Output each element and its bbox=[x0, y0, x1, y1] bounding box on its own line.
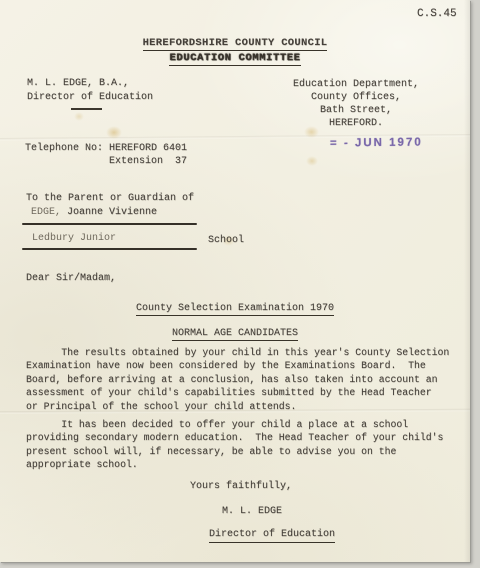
school-label: School bbox=[208, 235, 244, 247]
closing: Yours faithfully, bbox=[190, 481, 292, 493]
phone-number: Telephone No: HEREFORD 6401 bbox=[25, 143, 187, 155]
subheading: NORMAL AGE CANDIDATES bbox=[172, 328, 298, 341]
address-line-1: Education Department, bbox=[275, 78, 437, 91]
date-stamp: = - JUN 1970 bbox=[330, 137, 423, 150]
ref-code: C.S.45 bbox=[417, 8, 457, 20]
letter-scan: C.S.45 HEREFORDSHIRE COUNTY COUNCIL EDUC… bbox=[0, 0, 470, 562]
signature-name: M. L. EDGE bbox=[222, 506, 282, 518]
signature-title: Director of Education bbox=[209, 529, 335, 543]
scan-edge-shadow bbox=[464, 0, 470, 562]
paper-stain bbox=[106, 126, 122, 139]
sender-title: Director of Education bbox=[27, 92, 153, 104]
committee-name: EDUCATION COMMITTEE bbox=[169, 52, 300, 66]
recipient-surname: EDGE, bbox=[31, 207, 61, 218]
school-name-field: Ledbury Junior bbox=[32, 233, 116, 245]
paper-stain bbox=[306, 156, 318, 166]
recipient-given-names: Joanne Vivienne bbox=[61, 207, 157, 218]
body-paragraph-1: The results obtained by your child in th… bbox=[26, 346, 449, 413]
subject-heading: County Selection Examination 1970 bbox=[136, 303, 334, 316]
address-line-4: HEREFORD. bbox=[275, 117, 437, 130]
phone-extension: Extension 37 bbox=[109, 156, 187, 168]
recipient-name-field: EDGE, Joanne Vivienne bbox=[31, 207, 157, 219]
salutation: Dear Sir/Madam, bbox=[26, 273, 116, 285]
sender-name: M. L. EDGE, B.A., bbox=[27, 78, 129, 90]
recipient-name-underline bbox=[22, 223, 197, 225]
body-paragraph-2: It has been decided to offer your child … bbox=[26, 418, 443, 472]
recipient-intro: To the Parent or Guardian of bbox=[26, 193, 194, 205]
school-name-underline bbox=[22, 248, 197, 250]
paper-stain bbox=[74, 112, 84, 121]
address-line-2: County Offices, bbox=[275, 91, 437, 104]
address-line-3: Bath Street, bbox=[275, 104, 437, 117]
sender-title-underline bbox=[71, 108, 102, 110]
